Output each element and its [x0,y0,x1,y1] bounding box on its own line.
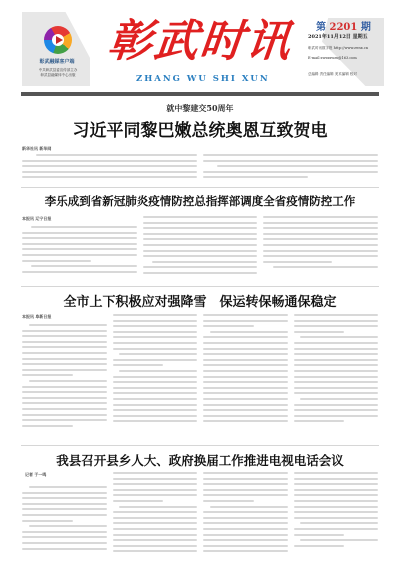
newspaper-page: 彰武融媒客户端 中共彰武县委宣传部主办 彰武县融媒体中心出版 彰武时讯 ZHAN… [0,0,400,567]
article-byline: 新华社讯 新华网 [22,146,51,152]
article-body [22,472,378,556]
article-li-lecheng: 李乐成到省新冠肺炎疫情防控总指挥部调度全省疫情防控工作 [21,193,379,209]
app-logo-icon [44,26,72,54]
issue-info: 第 2201 期 2021年11月12日 星期五 彰武时讯数字报 http://… [300,16,380,86]
newspaper-title: 彰武时讯 [105,18,294,66]
article-xi-jinping: 就中黎建交50周年 习近平同黎巴嫩总统奥恩互致贺电 [21,103,379,141]
issue-date: 2021年11月12日 星期五 [308,33,368,40]
article-body [22,216,378,278]
logo-caption: 彰武融媒客户端 [32,58,82,65]
issue-number: 第 2201 期 [316,18,371,33]
masthead-rule [21,92,379,96]
divider [21,187,379,188]
divider [21,286,379,287]
article-snow-response: 全市上下积极应对强降雪 保运转保畅通保稳定 [21,291,379,310]
article-headline: 习近平同黎巴嫩总统奥恩互致贺电 [21,116,379,141]
issue-suffix: 期 [361,22,371,33]
email-line: E-mail:zwsxxwzx@163.com [308,56,357,60]
article-kicker: 就中黎建交50周年 [21,103,379,114]
article-headline: 我县召开县乡人大、政府换届工作推进电视电话会议 [21,451,379,469]
website-line: 彰武时讯数字报 http://www.zwsx.cn [308,46,368,51]
issue-prefix: 第 [316,22,326,33]
logo-sub: 中共彰武县委宣传部主办 彰武县融媒体中心出版 [30,68,86,77]
divider [21,445,379,446]
staff-credits: 总编辑 责任编辑 美术编辑 校对 [308,72,357,77]
article-body [22,154,378,182]
article-headline: 李乐成到省新冠肺炎疫情防控总指挥部调度全省疫情防控工作 [21,193,379,209]
article-headline: 全市上下积极应对强降雪 保运转保畅通保稳定 [21,291,379,310]
issue-number-value: 2201 [329,22,357,33]
masthead: 彰武融媒客户端 中共彰武县委宣传部主办 彰武县融媒体中心出版 彰武时讯 ZHAN… [20,8,382,86]
logo-sub-line: 彰武县融媒体中心出版 [30,73,86,78]
article-election-meeting: 我县召开县乡人大、政府换届工作推进电视电话会议 [21,451,379,469]
article-body [22,314,378,430]
newspaper-title-pinyin: ZHANG WU SHI XUN [136,74,270,84]
play-icon [56,36,63,44]
